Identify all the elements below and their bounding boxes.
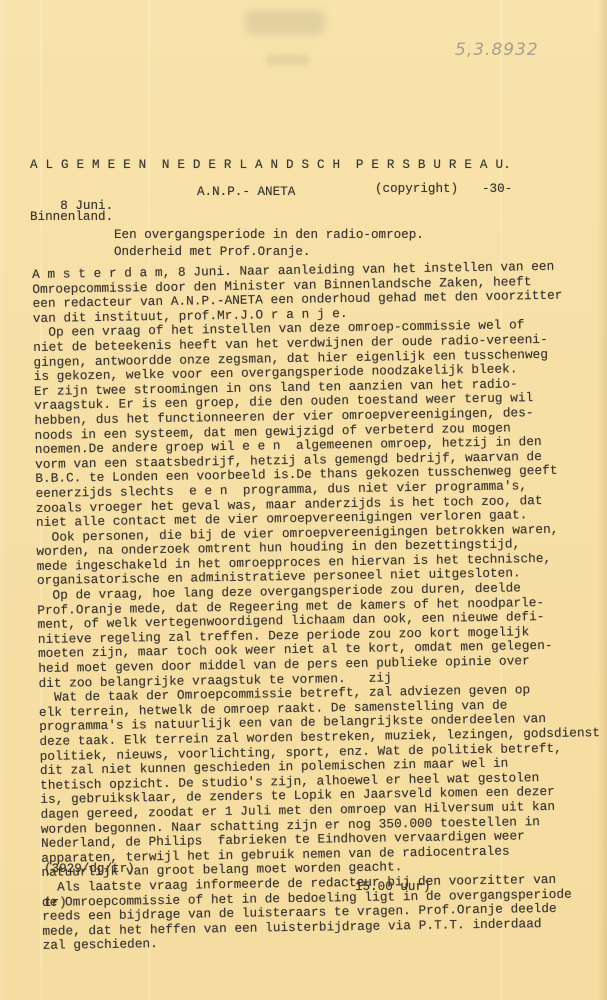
paper-stain	[245, 10, 325, 35]
copyright-notice: (copyright)	[375, 182, 458, 196]
archive-number: 5,3.8932	[455, 40, 539, 60]
page-marker: -30-	[482, 182, 512, 196]
time-stamp: 15.00 uur)	[355, 880, 431, 894]
subheadline: Onderheid met Prof.Oranje.	[114, 245, 311, 259]
news-source: A.N.P.- ANETA	[197, 185, 295, 199]
paper-stain	[265, 55, 310, 65]
section-label: Binnenland.	[30, 210, 113, 224]
reference-code: (3929/dg/tr)	[44, 862, 135, 876]
article-body: A m s t e r d a m, 8 Juni. Naar aanleidi…	[32, 259, 603, 954]
headline: Een overgangsperiode in den radio-omroep…	[114, 228, 424, 242]
document-page: 5,3.8932 A L G E M E E N N E D E R L A N…	[0, 0, 607, 1000]
dateline: 8 Juni. A.N.P.- ANETA (copyright) -30-	[30, 185, 113, 269]
initials: tr)	[44, 896, 67, 910]
agency-header: A L G E M E E N N E D E R L A N D S C H …	[30, 158, 511, 172]
